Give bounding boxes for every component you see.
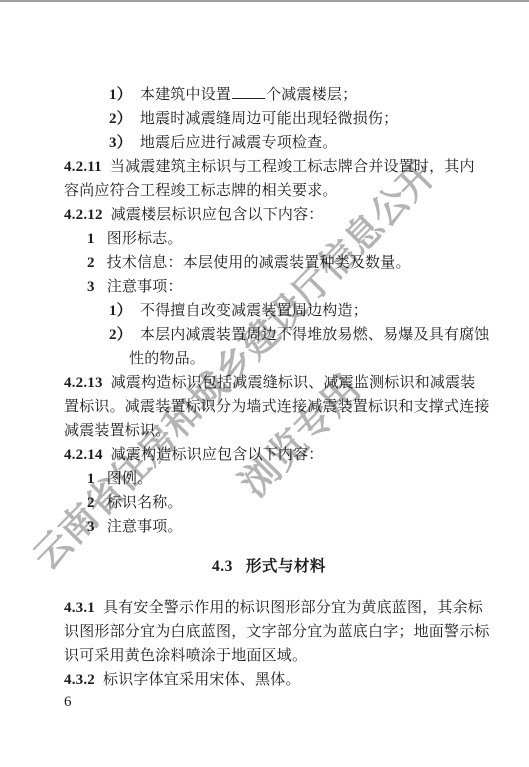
clause-text: 减震构造标识应包含以下内容： [111, 447, 324, 463]
clause-4-2-13-line-2: 置标识。减震装置标识分为墙式连接减震装置标识和支撑式连接 [64, 395, 474, 419]
clause-number: 4.3.1 [64, 600, 95, 616]
item-text: 注意事项。 [107, 519, 183, 535]
subitem-number: 1） [109, 87, 132, 103]
item-3-notes: 3注意事项： [64, 275, 474, 299]
clause-text: 具有安全警示作用的标识图形部分宜为黄底蓝图，其余标 [103, 600, 483, 616]
clause-text: 减震构造标识包括减震缝标识、减震监测标识和减震装 [111, 375, 476, 391]
item-number: 2 [87, 495, 95, 511]
clause-text: 识图形部分宜为白底蓝图，文字部分宜为蓝底白字；地面警示标 [64, 624, 490, 640]
subitem-text: 地震后应进行减震专项检查。 [140, 135, 338, 151]
clause-4-2-12: 4.2.12减震楼层标识应包含以下内容： [64, 203, 474, 227]
subitem-2-minor-damage: 2）地震时减震缝周边可能出现轻微损伤； [64, 107, 474, 131]
fill-in-blank [232, 84, 265, 99]
clause-number: 4.2.14 [64, 447, 103, 463]
clause-4-3-1-line-1: 4.3.1具有安全警示作用的标识图形部分宜为黄底蓝图，其余标 [64, 596, 474, 620]
clause-4-2-13-line-3: 减震装置标识。 [64, 419, 474, 443]
clause-4-2-11-line-2: 容尚应符合工程竣工标志牌的相关要求。 [64, 179, 474, 203]
clause-number: 4.3.2 [64, 672, 95, 688]
subitem-1-no-alteration: 1）不得擅自改变减震装置周边构造； [64, 299, 474, 323]
subitem-number: 2） [109, 327, 132, 343]
clause-number: 4.2.13 [64, 375, 103, 391]
clause-4-3-1-line-2: 识图形部分宜为白底蓝图，文字部分宜为蓝底白字；地面警示标 [64, 620, 474, 644]
subitem-text: 性的物品。 [129, 351, 205, 367]
section-title: 形式与材料 [246, 558, 326, 575]
scan-edge [0, 0, 529, 2]
clause-text: 置标识。减震装置标识分为墙式连接减震装置标识和支撑式连接 [64, 399, 490, 415]
clause-text: 减震装置标识。 [64, 423, 170, 439]
item-text: 注意事项： [107, 279, 183, 295]
document-page: 1）本建筑中设置个减震楼层； 2）地震时减震缝周边可能出现轻微损伤； 3）地震后… [64, 83, 474, 714]
subitem-2-no-flammables-line-1: 2）本层内减震装置周边不得堆放易燃、易爆及具有腐蚀 [64, 323, 474, 347]
clause-text: 容尚应符合工程竣工标志牌的相关要求。 [64, 183, 338, 199]
clause-text: 识可采用黄色涂料喷涂于地面区域。 [64, 648, 307, 664]
section-heading-4-3: 4.3形式与材料 [64, 555, 474, 579]
subitem-number: 1） [109, 303, 132, 319]
subitem-text: 本建筑中设置 [140, 87, 231, 103]
item-text: 图形标志。 [107, 231, 183, 247]
section-number: 4.3 [212, 558, 233, 575]
clause-number: 4.2.12 [64, 207, 103, 223]
item-number: 3 [87, 279, 95, 295]
item-2-sign-name: 2标识名称。 [64, 491, 474, 515]
item-number: 1 [87, 231, 95, 247]
clause-text: 标识字体宜采用宋体、黑体。 [103, 672, 301, 688]
subitem-text: 不得擅自改变减震装置周边构造； [140, 303, 368, 319]
subitem-number: 3） [109, 135, 132, 151]
clause-number: 4.2.11 [64, 159, 102, 175]
clause-4-2-14: 4.2.14减震构造标识应包含以下内容： [64, 443, 474, 467]
item-2-technical-info: 2技术信息：本层使用的减震装置种类及数量。 [64, 251, 474, 275]
clause-4-3-1-line-3: 识可采用黄色涂料喷涂于地面区域。 [64, 644, 474, 668]
subitem-text: 本层内减震装置周边不得堆放易燃、易爆及具有腐蚀 [140, 327, 490, 343]
clause-4-2-11-line-1: 4.2.11当减震建筑主标识与工程竣工标志牌合并设置时，其内 [64, 155, 474, 179]
subitem-1-damping-floors: 1）本建筑中设置个减震楼层； [64, 83, 474, 107]
item-number: 2 [87, 255, 95, 271]
clause-text: 减震楼层标识应包含以下内容： [111, 207, 324, 223]
subitem-text: 地震时减震缝周边可能出现轻微损伤； [140, 111, 398, 127]
item-text: 技术信息：本层使用的减震装置种类及数量。 [107, 255, 411, 271]
item-number: 3 [87, 519, 95, 535]
subitem-text: 个减震楼层； [266, 87, 357, 103]
subitem-2-no-flammables-line-2: 性的物品。 [64, 347, 474, 371]
clause-4-3-2: 4.3.2标识字体宜采用宋体、黑体。 [64, 668, 474, 692]
item-text: 标识名称。 [107, 495, 183, 511]
clause-text: 当减震建筑主标识与工程竣工标志牌合并设置时，其内 [110, 159, 475, 175]
item-1-legend: 1图例。 [64, 467, 474, 491]
item-number: 1 [87, 471, 95, 487]
item-text: 图例。 [107, 471, 153, 487]
subitem-3-inspection: 3）地震后应进行减震专项检查。 [64, 131, 474, 155]
clause-4-2-13-line-1: 4.2.13减震构造标识包括减震缝标识、减震监测标识和减震装 [64, 371, 474, 395]
page-number: 6 [64, 690, 474, 714]
item-1-graphic-sign: 1图形标志。 [64, 227, 474, 251]
subitem-number: 2） [109, 111, 132, 127]
item-3-notes-2: 3注意事项。 [64, 515, 474, 539]
